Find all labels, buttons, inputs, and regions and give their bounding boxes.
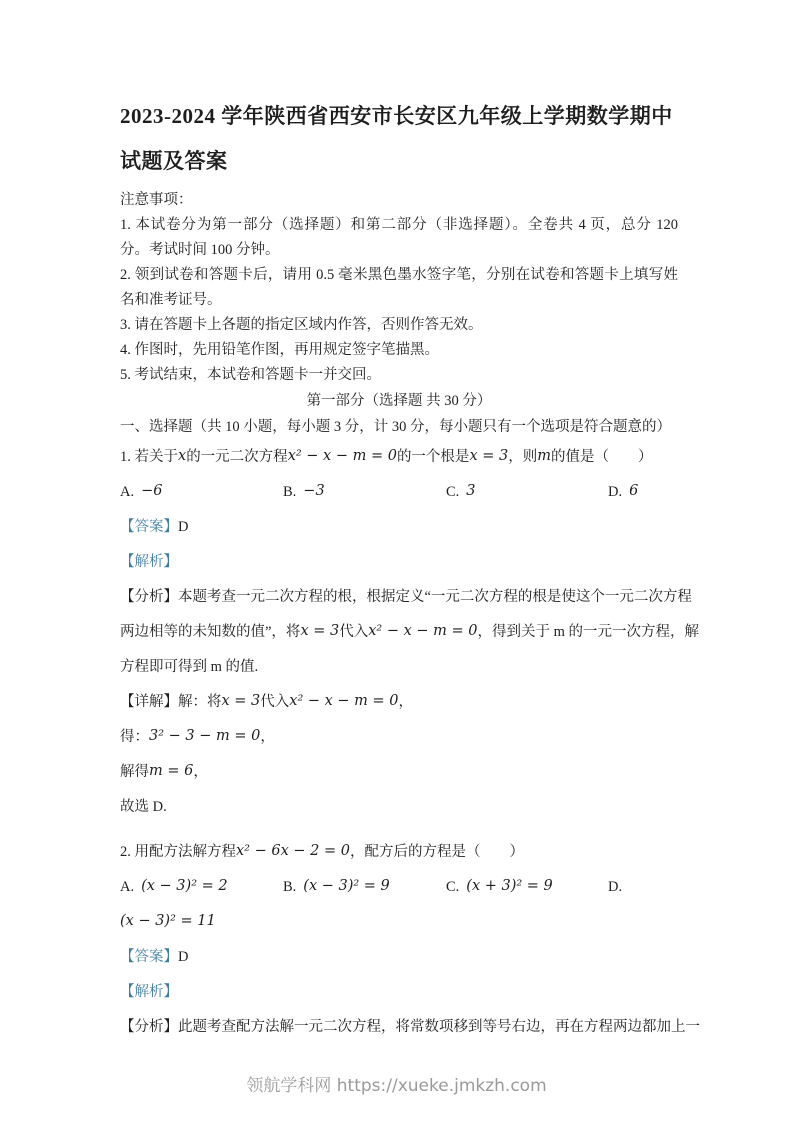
question-1-explain-line: 【解析】	[120, 545, 678, 580]
math-run: x² − x − m = 0	[289, 693, 398, 709]
text-run: 方程即可得到 m 的值.	[120, 659, 258, 675]
explain-label: 【解析】	[120, 554, 178, 570]
answer-label: 【答案】	[120, 519, 178, 535]
math-run: (x − 3)² = 11	[120, 913, 216, 929]
option-value: (x + 3)² = 9	[466, 878, 553, 894]
text-run: ，	[399, 694, 414, 710]
text-run: 代入	[260, 694, 289, 710]
question-2-text: 2. 用配方法解方程x² − 6x − 2 = 0，配方后的方程是（ ）	[120, 835, 678, 870]
question-2-option-d-overflow: (x − 3)² = 11	[120, 905, 678, 940]
text-run: 的一元二次方程	[186, 449, 288, 465]
option-value: 6	[629, 483, 638, 499]
math-run: x² − x − m = 0	[368, 623, 477, 639]
option-b: B.(x − 3)² = 9	[283, 870, 446, 905]
text-run: 【分析】此题考查配方法解一元二次方程，将常数项移到等号右边，再在方程两边都加上一	[120, 1019, 700, 1035]
part-heading: 第一部分（选择题 共 30 分）	[120, 388, 678, 414]
math-run: x	[178, 448, 186, 464]
text-run: 1. 若关于	[120, 449, 178, 465]
option-value: −3	[303, 483, 324, 499]
question-1-analysis-line: 方程即可得到 m 的值.	[120, 650, 678, 685]
page-footer: 领航学科网 https://xueke.jmkzh.com	[0, 1071, 793, 1096]
question-1-analysis-line: 【分析】本题考查一元二次方程的根，根据定义“一元二次方程的根是使这个一元二次方程	[120, 580, 678, 615]
text-run: ，	[193, 764, 208, 780]
page-title: 2023-2024 学年陕西省西安市长安区九年级上学期数学期中 试题及答案	[120, 94, 678, 184]
math-run: x² − 6x − 2 = 0	[236, 843, 350, 859]
math-run: x = 3	[300, 623, 339, 639]
question-1-answer-line: 【答案】D	[120, 510, 678, 545]
question-1-analysis-line: 两边相等的未知数的值”，将x = 3代入x² − x − m = 0，得到关于 …	[120, 615, 678, 650]
option-label: A.	[120, 879, 134, 895]
option-label: C.	[446, 879, 459, 895]
option-a: A.−6	[120, 475, 283, 510]
section-heading: 一、选择题（共 10 小题，每小题 3 分，计 30 分，每小题只有一个选项是符…	[120, 414, 678, 440]
text-run: 故选 D.	[120, 799, 167, 815]
text-run: 代入	[339, 624, 368, 640]
answer-value: D	[178, 949, 188, 965]
option-c: C.(x + 3)² = 9	[446, 870, 608, 905]
text-run: 【分析】本题考查一元二次方程的根，根据定义“一元二次方程的根是使这个一元二次方程	[120, 589, 692, 605]
option-label: B.	[283, 484, 296, 500]
option-c: C.3	[446, 475, 608, 510]
option-label: A.	[120, 484, 134, 500]
option-a: A.(x − 3)² = 2	[120, 870, 283, 905]
text-run: 【详解】解：将	[120, 694, 222, 710]
notice-item: 2. 领到试卷和答题卡后，请用 0.5 毫米黑色墨水签字笔，分别在试卷和答题卡上…	[120, 263, 678, 313]
answer-value: D	[178, 519, 188, 535]
notice-item: 5. 考试结束，本试卷和答题卡一并交回。	[120, 363, 678, 388]
question-1-options: A.−6 B.−3 C.3 D.6	[120, 475, 678, 510]
notice-section: 注意事项： 1. 本试卷分为第一部分（选择题）和第二部分（非选择题）。全卷共 4…	[120, 188, 678, 388]
question-2-explain-line: 【解析】	[120, 975, 678, 1010]
option-value: (x − 3)² = 2	[141, 878, 228, 894]
question-2-answer-line: 【答案】D	[120, 940, 678, 975]
text-run: ，配方后的方程是（ ）	[350, 844, 524, 860]
question-1-detail-line: 解得m = 6，	[120, 755, 678, 790]
math-run: m	[537, 448, 551, 464]
answer-label: 【答案】	[120, 949, 178, 965]
option-d: D.6	[608, 475, 678, 510]
option-value: (x − 3)² = 9	[303, 878, 390, 894]
notice-heading: 注意事项：	[120, 188, 678, 213]
math-run: m = 6	[149, 763, 193, 779]
option-d: D.	[608, 870, 678, 905]
option-b: B.−3	[283, 475, 446, 510]
explain-label: 【解析】	[120, 984, 178, 1000]
question-1-detail-line: 【详解】解：将x = 3代入x² − x − m = 0，	[120, 685, 678, 720]
text-run: 得：	[120, 729, 149, 745]
math-run: x = 3	[469, 448, 508, 464]
math-run: 3² − 3 − m = 0	[149, 728, 260, 744]
option-value: −6	[141, 483, 162, 499]
option-value: 3	[466, 483, 475, 499]
question-1-text: 1. 若关于x的一元二次方程x² − x − m = 0的一个根是x = 3，则…	[120, 440, 678, 475]
text-run: ，	[260, 729, 275, 745]
text-run: 2. 用配方法解方程	[120, 844, 236, 860]
notice-item: 3. 请在答题卡上各题的指定区域内作答，否则作答无效。	[120, 313, 678, 338]
text-run: 解得	[120, 764, 149, 780]
text-run: 的值是（ ）	[551, 449, 653, 465]
option-label: D.	[608, 484, 622, 500]
page-title-line1: 2023-2024 学年陕西省西安市长安区九年级上学期数学期中	[120, 94, 678, 139]
page-title-line2: 试题及答案	[120, 139, 678, 184]
questions-area: 1. 若关于x的一元二次方程x² − x − m = 0的一个根是x = 3，则…	[120, 440, 678, 1045]
question-1-detail-line: 得：3² − 3 − m = 0，	[120, 720, 678, 755]
text-run: ，得到关于 m 的一元一次方程，解	[477, 624, 699, 640]
math-run: x = 3	[222, 693, 261, 709]
notice-item: 1. 本试卷分为第一部分（选择题）和第二部分（非选择题）。全卷共 4 页，总分 …	[120, 213, 678, 263]
exam-page: 2023-2024 学年陕西省西安市长安区九年级上学期数学期中 试题及答案 注意…	[120, 94, 678, 1045]
notice-item: 4. 作图时，先用铅笔作图，再用规定签字笔描黑。	[120, 338, 678, 363]
text-run: 两边相等的未知数的值”，将	[120, 624, 300, 640]
text-run: ，则	[508, 449, 537, 465]
question-1-detail-line: 故选 D.	[120, 790, 678, 825]
option-label: C.	[446, 484, 459, 500]
math-run: x² − x − m = 0	[288, 448, 397, 464]
question-2-analysis-line: 【分析】此题考查配方法解一元二次方程，将常数项移到等号右边，再在方程两边都加上一	[120, 1010, 678, 1045]
question-2-options: A.(x − 3)² = 2 B.(x − 3)² = 9 C.(x + 3)²…	[120, 870, 678, 905]
option-label: B.	[283, 879, 296, 895]
text-run: 的一个根是	[397, 449, 470, 465]
option-label: D.	[608, 879, 622, 895]
